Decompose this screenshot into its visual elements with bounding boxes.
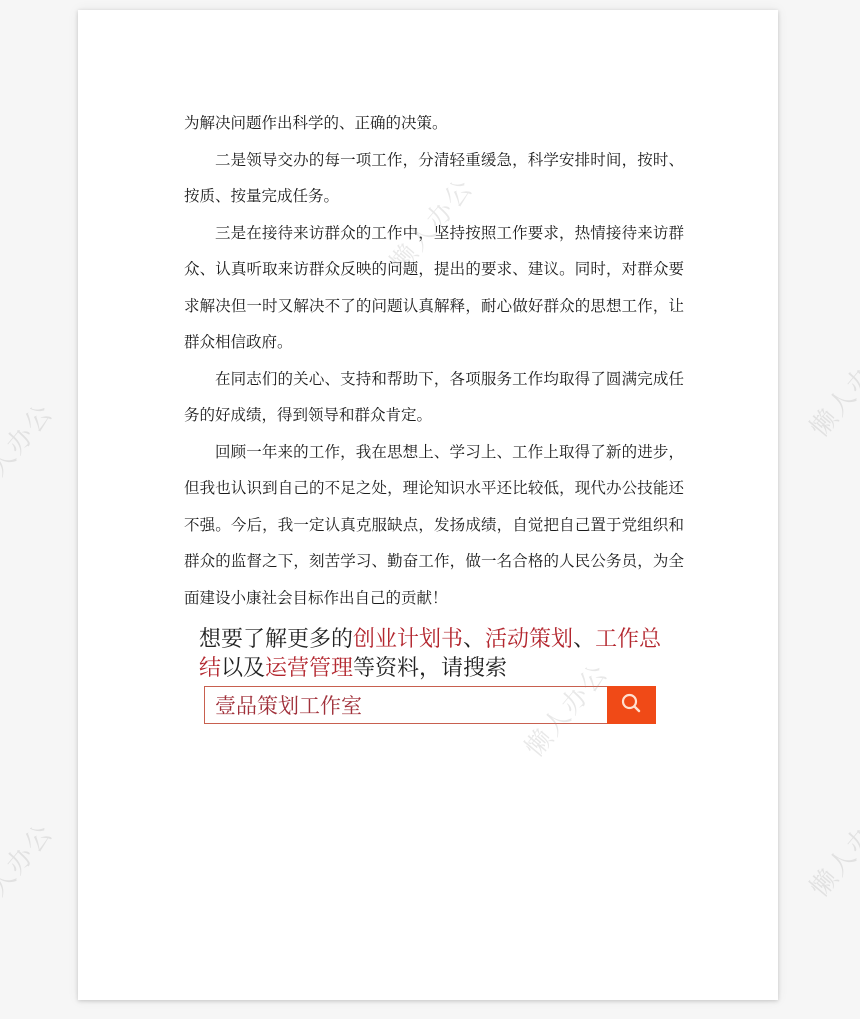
watermark: 懒人办公 <box>0 814 60 924</box>
search-icon <box>620 692 642 718</box>
search-box <box>204 686 655 724</box>
promo-segment: 以及 <box>221 656 265 681</box>
promo-link-business-plan: 创业计划书 <box>353 627 463 652</box>
document-body: 为解决问题作出科学的、正确的决策。 二是领导交办的每一项工作，分清轻重缓急，科学… <box>184 105 684 616</box>
watermark: 懒人办公 <box>800 334 860 444</box>
search-button[interactable] <box>607 686 656 724</box>
search-input[interactable] <box>205 687 607 723</box>
promo-segment: 想要了解更多的 <box>199 627 353 652</box>
promo-text: 想要了解更多的创业计划书、活动策划、工作总结以及运营管理等资料，请搜索 <box>199 625 669 683</box>
paragraph-2: 二是领导交办的每一项工作，分清轻重缓急，科学安排时间，按时、按质、按量完成任务。 <box>184 142 684 215</box>
document-page: 为解决问题作出科学的、正确的决策。 二是领导交办的每一项工作，分清轻重缓急，科学… <box>78 10 778 1000</box>
paragraph-1: 为解决问题作出科学的、正确的决策。 <box>184 105 684 142</box>
watermark: 懒人办公 <box>800 794 860 904</box>
paragraph-4: 在同志们的关心、支持和帮助下，各项服务工作均取得了圆满完成任务的好成绩，得到领导… <box>184 361 684 434</box>
promo-link-event-planning: 活动策划 <box>485 627 573 652</box>
promo-segment: 、 <box>463 627 485 652</box>
paragraph-5: 回顾一年来的工作，我在思想上、学习上、工作上取得了新的进步，但我也认识到自己的不… <box>184 434 684 617</box>
promo-link-operations: 运营管理 <box>265 656 353 681</box>
watermark: 懒人办公 <box>0 394 60 504</box>
promo-segment: 、 <box>573 627 595 652</box>
promo-segment: 等资料，请搜索 <box>353 656 507 681</box>
paragraph-3: 三是在接待来访群众的工作中，坚持按照工作要求，热情接待来访群众、认真听取来访群众… <box>184 215 684 361</box>
